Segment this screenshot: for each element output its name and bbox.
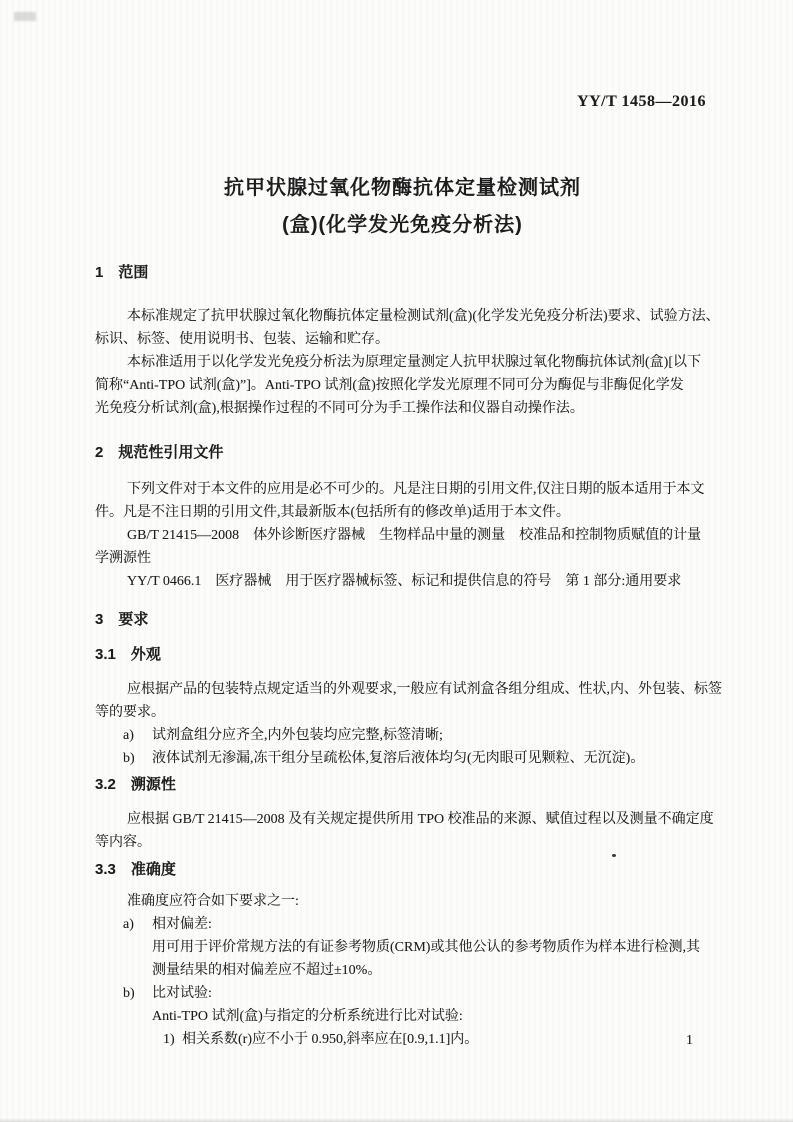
list-item-a: a)试剂盒组分应齐全,内外包装均应完整,标签清晰; bbox=[95, 724, 793, 747]
paragraph: 应根据 GB/T 21415—2008 及有关规定提供所用 TPO 校准品的来源… bbox=[95, 808, 793, 854]
text-line: 比对试验: bbox=[152, 982, 793, 1005]
sections: 1 范围本标准规定了抗甲状腺过氧化物酶抗体定量检测试剂(盒)(化学发光免疫分析法… bbox=[95, 263, 793, 1051]
text-line: 学溯源性 bbox=[95, 547, 793, 570]
text-line: 本标准规定了抗甲状腺过氧化物酶抗体定量检测试剂(盒)(化学发光免疫分析法)要求、… bbox=[95, 305, 793, 328]
standard-code: YY/T 1458—2016 bbox=[577, 93, 706, 111]
section-heading: 2 规范性引用文件 bbox=[95, 443, 793, 463]
paragraph: 应根据产品的包装特点规定适当的外观要求,一般应有试剂盒各组分组成、性状,内、外包… bbox=[95, 678, 793, 724]
paragraph: 准确度应符合如下要求之一: bbox=[95, 890, 793, 913]
section-3.2: 3.2 溯源性应根据 GB/T 21415—2008 及有关规定提供所用 TPO… bbox=[95, 775, 793, 854]
paragraph: YY/T 0466.1 医疗器械 用于医疗器械标签、标记和提供信息的符号 第 1… bbox=[95, 570, 793, 593]
section-3.1: 3.1 外观应根据产品的包装特点规定适当的外观要求,一般应有试剂盒各组分组成、性… bbox=[95, 645, 793, 770]
text-line: 件。凡是不注日期的引用文件,其最新版本(包括所有的修改单)适用于本文件。 bbox=[95, 501, 793, 524]
text-line: 本标准适用于以化学发光免疫分析法为原理定量测定人抗甲状腺过氧化物酶抗体试剂(盒)… bbox=[95, 351, 793, 374]
list-item-b: b)液体试剂无渗漏,冻干组分呈疏松体,复溶后液体均匀(无肉眼可见颗粒、无沉淀)。 bbox=[95, 747, 793, 770]
section-heading: 3.3 准确度 bbox=[95, 860, 793, 880]
document-page: YY/T 1458—2016 抗甲状腺过氧化物酶抗体定量检测试剂 (盒)(化学发… bbox=[0, 0, 793, 1122]
section-3.3: 3.3 准确度准确度应符合如下要求之一:a)相对偏差:用可用于评价常规方法的有证… bbox=[95, 860, 793, 1051]
list-item-label: b) bbox=[123, 982, 135, 1005]
section-1: 1 范围本标准规定了抗甲状腺过氧化物酶抗体定量检测试剂(盒)(化学发光免疫分析法… bbox=[95, 263, 793, 420]
section-heading: 1 范围 bbox=[95, 263, 793, 283]
text-line: 相关系数(r)应不小于 0.950,斜率应在[0.9,1.1]内。 bbox=[182, 1028, 793, 1051]
text-line: 光免疫分析试剂(盒),根据操作过程的不同可分为手工操作法和仪器自动操作法。 bbox=[95, 397, 793, 420]
section-heading: 3 要求 bbox=[95, 610, 793, 630]
text-line: 等内容。 bbox=[95, 831, 793, 854]
text-line: 等的要求。 bbox=[95, 701, 793, 724]
paragraph: 下列文件对于本文件的应用是必不可少的。凡是注日期的引用文件,仅注日期的版本适用于… bbox=[95, 478, 793, 524]
section-3: 3 要求 bbox=[95, 610, 793, 630]
list-item-label: b) bbox=[123, 747, 135, 770]
list-item-label: 1) bbox=[163, 1028, 175, 1051]
text-line: YY/T 0466.1 医疗器械 用于医疗器械标签、标记和提供信息的符号 第 1… bbox=[95, 570, 793, 593]
paragraph: 本标准规定了抗甲状腺过氧化物酶抗体定量检测试剂(盒)(化学发光免疫分析法)要求、… bbox=[95, 305, 793, 351]
text-line: 标识、标签、使用说明书、包装、运输和贮存。 bbox=[95, 328, 793, 351]
text-line: GB/T 21415—2008 体外诊断医疗器械 生物样品中量的测量 校准品和控… bbox=[95, 524, 793, 547]
text-line: 用可用于评价常规方法的有证参考物质(CRM)或其他公认的参考物质作为样本进行检测… bbox=[152, 936, 793, 959]
document-title-line2: (盒)(化学发光免疫分析法) bbox=[95, 207, 710, 244]
text-line: 液体试剂无渗漏,冻干组分呈疏松体,复溶后液体均匀(无肉眼可见颗粒、无沉淀)。 bbox=[152, 747, 793, 770]
list-item-a: a)相对偏差:用可用于评价常规方法的有证参考物质(CRM)或其他公认的参考物质作… bbox=[95, 913, 793, 982]
page-number: 1 bbox=[686, 1031, 693, 1051]
text-line: 相对偏差: bbox=[152, 913, 793, 936]
paragraph: GB/T 21415—2008 体外诊断医疗器械 生物样品中量的测量 校准品和控… bbox=[95, 524, 793, 570]
paragraph: 本标准适用于以化学发光免疫分析法为原理定量测定人抗甲状腺过氧化物酶抗体试剂(盒)… bbox=[95, 351, 793, 420]
text-line: 应根据 GB/T 21415—2008 及有关规定提供所用 TPO 校准品的来源… bbox=[95, 808, 793, 831]
scan-artifact bbox=[14, 12, 36, 21]
text-line: 准确度应符合如下要求之一: bbox=[95, 890, 793, 913]
text-line: 试剂盒组分应齐全,内外包装均应完整,标签清晰; bbox=[152, 724, 793, 747]
section-heading: 3.2 溯源性 bbox=[95, 775, 793, 795]
list-item-b: b)比对试验:Anti-TPO 试剂(盒)与指定的分析系统进行比对试验: bbox=[95, 982, 793, 1028]
document-title: 抗甲状腺过氧化物酶抗体定量检测试剂 (盒)(化学发光免疫分析法) bbox=[95, 170, 710, 244]
document-title-line1: 抗甲状腺过氧化物酶抗体定量检测试剂 bbox=[95, 170, 710, 207]
list-item-label: a) bbox=[123, 913, 134, 936]
text-line: 下列文件对于本文件的应用是必不可少的。凡是注日期的引用文件,仅注日期的版本适用于… bbox=[95, 478, 793, 501]
text-line: 应根据产品的包装特点规定适当的外观要求,一般应有试剂盒各组分组成、性状,内、外包… bbox=[95, 678, 793, 701]
text-line: 简称“Anti-TPO 试剂(盒)”]。Anti-TPO 试剂(盒)按照化学发光… bbox=[95, 374, 793, 397]
section-heading: 3.1 外观 bbox=[95, 645, 793, 665]
list-item-label: a) bbox=[123, 724, 134, 747]
text-line: Anti-TPO 试剂(盒)与指定的分析系统进行比对试验: bbox=[152, 1005, 793, 1028]
section-2: 2 规范性引用文件下列文件对于本文件的应用是必不可少的。凡是注日期的引用文件,仅… bbox=[95, 443, 793, 593]
text-line: 测量结果的相对偏差应不超过±10%。 bbox=[152, 959, 793, 982]
